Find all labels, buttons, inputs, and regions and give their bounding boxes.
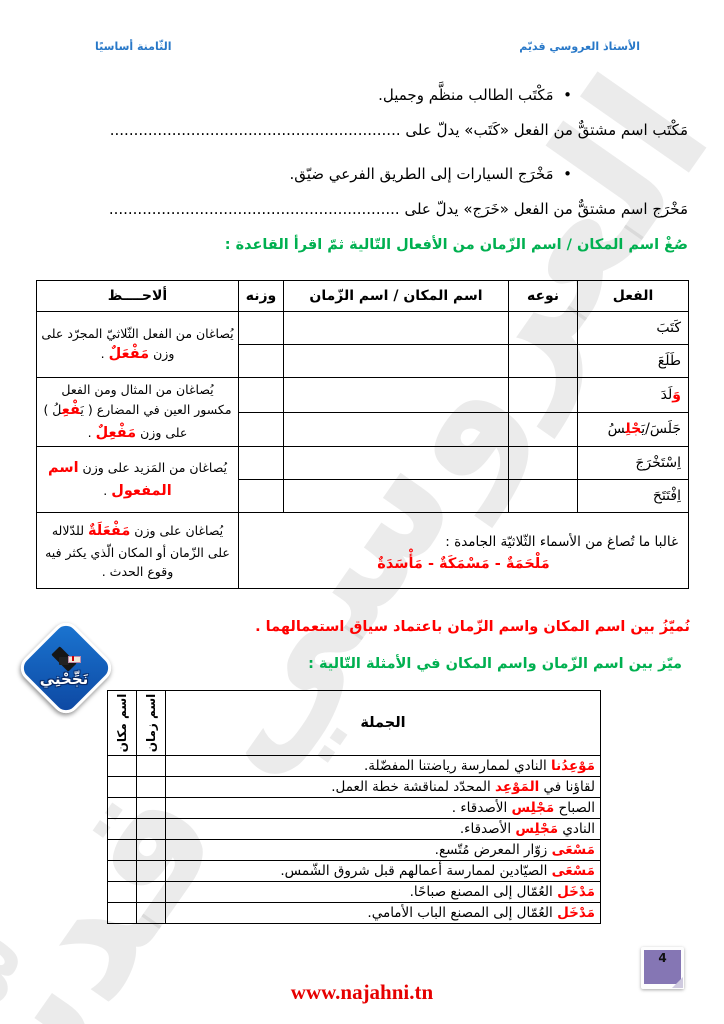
- derivation-line-1: مَكْتَب اسم مشتقٌّ من الفعل «كَتَب» يدلّ…: [110, 121, 688, 139]
- col-header-name: اسم المكان / اسم الزّمان: [284, 281, 509, 312]
- grade-level: الثّامنة أساسيًا: [95, 40, 171, 53]
- wazn-answer-cell: [239, 412, 284, 447]
- name-answer-cell: [284, 345, 509, 378]
- sentence-cell: مَسْعَى الصيّادين لممارسة أعمالهم قبل شر…: [166, 861, 601, 882]
- time-answer-cell: [137, 882, 166, 903]
- verb-cell: اِسْتَخْرَجَ: [578, 447, 689, 480]
- place-answer-cell: [108, 777, 137, 798]
- name-answer-cell: [284, 447, 509, 480]
- sentence-cell: النادي مَجْلِس الأصدقاء.: [166, 819, 601, 840]
- type-answer-cell: [509, 378, 578, 413]
- col-header-note: ألاحــــظ: [37, 281, 239, 312]
- time-answer-cell: [137, 819, 166, 840]
- verb-cell: طَلَعَ: [578, 345, 689, 378]
- type-answer-cell: [509, 412, 578, 447]
- time-answer-cell: [137, 777, 166, 798]
- col-header-place-label: اسم مكان: [115, 694, 129, 753]
- time-answer-cell: [137, 798, 166, 819]
- table2-body: الجملة اسم زمان اسم مكان مَوْعِدُنا النا…: [108, 691, 601, 924]
- highlight-red-text: فْعِ: [62, 402, 81, 418]
- diploma-scroll-icon: [68, 656, 81, 663]
- col-header-time-label: اسم زمان: [144, 694, 158, 753]
- highlight-red-text: مَجْلِس: [512, 800, 555, 816]
- wazn-answer-cell: [239, 480, 284, 513]
- teacher-name: الأستاذ العروسي قديّم: [519, 40, 640, 53]
- sentence-cell: الصباح مَجْلِس الأصدقاء .: [166, 798, 601, 819]
- highlight-red-text: مَفْعِلٌ: [96, 425, 137, 441]
- time-answer-cell: [137, 903, 166, 924]
- instruction-red: نُميّزُ بين اسم المكان واسم الزّمان باعت…: [255, 619, 690, 635]
- wazn-answer-cell: [239, 447, 284, 480]
- plain-text: النادي: [558, 821, 595, 837]
- verb-cell: كَتَبَ: [578, 312, 689, 345]
- instruction-green-2: ميّز بين اسم الزّمان واسم المكان في الأم…: [308, 656, 682, 672]
- wazn-answer-cell: [239, 345, 284, 378]
- rule-note-cell: يُصاغان من المَزيد على وزن اسم المفعول .: [37, 447, 239, 513]
- example-sentence-1-text: مَكْتَب الطالب منظَّم وجميل.: [378, 86, 553, 104]
- table1-verb-row: وَلَدَيُصاغان من المثال ومن الفعل مكسور …: [37, 378, 689, 413]
- type-answer-cell: [509, 447, 578, 480]
- plain-text: .: [88, 425, 96, 440]
- plain-text: سُ: [608, 421, 626, 437]
- col-header-wazn: وزنه: [239, 281, 284, 312]
- table1-verb-row: اِسْتَخْرَجَيُصاغان من المَزيد على وزن ا…: [37, 447, 689, 480]
- plain-text: كَتَبَ: [656, 320, 681, 336]
- answer-dots: ........................................…: [109, 200, 400, 218]
- jamid-rule-text: غالبا ما تُصاغ من الأسماء الثّلاثيّة الج…: [239, 530, 688, 550]
- page-number-badge: 4: [641, 947, 684, 989]
- place-answer-cell: [108, 840, 137, 861]
- table1-body: الفعل نوعه اسم المكان / اسم الزّمان وزنه…: [37, 281, 689, 589]
- plain-text: النادي لممارسة رياضتنا المفضّلة.: [364, 758, 551, 774]
- instruction-green-1: صُغْ اسم المكان / اسم الزّمان من الأفعال…: [225, 237, 688, 253]
- derivation-line-1-text: مَكْتَب اسم مشتقٌّ من الفعل «كَتَب» يدلّ…: [401, 121, 688, 139]
- highlight-red-text: مَفْعَلٌ: [109, 346, 150, 362]
- jamid-examples: مَلْحَمَةٌ - مَسْمَكَةٌ - مَأْسَدَةٌ: [239, 550, 688, 572]
- derivation-line-2: مَخْرَج اسم مشتقٌّ من الفعل «خَرَج» يدلّ…: [109, 200, 688, 218]
- sentence-cell: مَوْعِدُنا النادي لممارسة رياضتنا المفضّ…: [166, 756, 601, 777]
- website-url: www.najahni.tn: [0, 980, 724, 1005]
- page-number: 4: [641, 951, 684, 965]
- table1-header-row: الفعل نوعه اسم المكان / اسم الزّمان وزنه…: [37, 281, 689, 312]
- plain-text: المحدّد لمناقشة خطة العمل.: [331, 779, 495, 795]
- time-answer-cell: [137, 756, 166, 777]
- highlight-red-text: المَوْعِد: [495, 779, 539, 795]
- plain-text: الصيّادين لممارسة أعمالهم قبل شروق الشّم…: [280, 863, 551, 879]
- sentence-cell: مَدْخَل العُمّال إلى المصنع صباحًا.: [166, 882, 601, 903]
- sentence-cell: مَسْعَى زوّار المعرض مُتّسع.: [166, 840, 601, 861]
- rule-note-cell: يُصاغان من الفعل الثّلاثيّ المجرّد على و…: [37, 312, 239, 378]
- najahni-logo: نَجِّحْنِي: [14, 616, 114, 716]
- derivation-line-2-text: مَخْرَج اسم مشتقٌّ من الفعل «خَرَج» يدلّ…: [400, 200, 688, 218]
- jamid-rule-cell: غالبا ما تُصاغ من الأسماء الثّلاثيّة الج…: [239, 513, 689, 589]
- type-answer-cell: [509, 312, 578, 345]
- bullet-icon: •: [563, 86, 572, 104]
- table2-sentence-row: مَدْخَل العُمّال إلى المصنع صباحًا.: [108, 882, 601, 903]
- table2-sentence-row: مَسْعَى الصيّادين لممارسة أعمالهم قبل شر…: [108, 861, 601, 882]
- plain-text: اِفْتَتَحَ: [653, 488, 681, 504]
- col-header-type: نوعه: [509, 281, 578, 312]
- highlight-red-text: مَدْخَل: [557, 905, 595, 921]
- name-answer-cell: [284, 312, 509, 345]
- bullet-icon: •: [563, 165, 572, 183]
- time-answer-cell: [137, 840, 166, 861]
- place-answer-cell: [108, 903, 137, 924]
- highlight-red-text: مَوْعِدُنا: [551, 758, 595, 774]
- place-answer-cell: [108, 798, 137, 819]
- plain-text: .: [101, 346, 109, 361]
- rule-note-cell: يُصاغان من المثال ومن الفعل مكسور العين …: [37, 378, 239, 447]
- plain-text: يُصاغان على وزن: [130, 523, 223, 538]
- type-answer-cell: [509, 480, 578, 513]
- plain-text: جَلَسَ/يَ: [641, 421, 681, 437]
- wazn-answer-cell: [239, 312, 284, 345]
- verb-cell: اِفْتَتَحَ: [578, 480, 689, 513]
- sentence-cell: لقاؤنا في المَوْعِد المحدّد لمناقشة خطة …: [166, 777, 601, 798]
- plain-text: لقاؤنا في: [539, 779, 595, 795]
- table1-verb-row: كَتَبَيُصاغان من الفعل الثّلاثيّ المجرّد…: [37, 312, 689, 345]
- worksheet-page: العروسي قديّم الأستاذ العروسي قديّم الثّ…: [0, 0, 724, 1024]
- example-sentence-2-text: مَخْرَج السيارات إلى الطريق الفرعي ضيّق.: [289, 165, 553, 183]
- highlight-red-text: وَ: [672, 387, 681, 403]
- plain-text: طَلَعَ: [658, 353, 681, 369]
- note-mafala-cell: يُصاغان على وزن مَفْعَلَةٌ للدّلاله على …: [37, 513, 239, 589]
- plain-text: العُمّال إلى المصنع الباب الأمامي.: [367, 905, 557, 921]
- type-answer-cell: [509, 345, 578, 378]
- plain-text: العُمّال إلى المصنع صباحًا.: [410, 884, 557, 900]
- plain-text: اِسْتَخْرَجَ: [635, 455, 681, 471]
- col-header-verb: الفعل: [578, 281, 689, 312]
- answer-dots: ........................................…: [110, 121, 401, 139]
- plain-text: الأصدقاء.: [460, 821, 516, 837]
- logo-text: نَجِّحْنِي: [40, 670, 89, 688]
- name-answer-cell: [284, 412, 509, 447]
- table2-sentence-row: لقاؤنا في المَوْعِد المحدّد لمناقشة خطة …: [108, 777, 601, 798]
- table2-sentence-row: مَوْعِدُنا النادي لممارسة رياضتنا المفضّ…: [108, 756, 601, 777]
- folded-corner-icon: [672, 977, 684, 989]
- plain-text: الصباح: [554, 800, 595, 816]
- plain-text: يُصاغان من المَزيد على وزن: [79, 460, 227, 475]
- plain-text: الأصدقاء .: [452, 800, 512, 816]
- graduation-cap-icon: [46, 647, 82, 669]
- example-sentence-2: • مَخْرَج السيارات إلى الطريق الفرعي ضيّ…: [289, 165, 572, 183]
- place-answer-cell: [108, 861, 137, 882]
- table2-sentence-row: النادي مَجْلِس الأصدقاء.: [108, 819, 601, 840]
- sentence-cell: مَدْخَل العُمّال إلى المصنع الباب الأمام…: [166, 903, 601, 924]
- plain-text: زوّار المعرض مُتّسع.: [435, 842, 552, 858]
- verb-cell: جَلَسَ/يَجْلِسُ: [578, 412, 689, 447]
- name-answer-cell: [284, 480, 509, 513]
- highlight-red-text: جْلِ: [625, 421, 641, 437]
- wazn-answer-cell: [239, 378, 284, 413]
- table2-sentence-row: مَدْخَل العُمّال إلى المصنع الباب الأمام…: [108, 903, 601, 924]
- table2-header-row: الجملة اسم زمان اسم مكان: [108, 691, 601, 756]
- highlight-red-text: مَسْعَى: [552, 863, 595, 879]
- place-answer-cell: [108, 882, 137, 903]
- highlight-red-text: مَدْخَل: [557, 884, 595, 900]
- plain-text: يُصاغان من المثال ومن الفعل مكسور العين …: [61, 382, 231, 417]
- time-answer-cell: [137, 861, 166, 882]
- table2-sentence-row: الصباح مَجْلِس الأصدقاء .: [108, 798, 601, 819]
- highlight-red-text: مَسْعَى: [552, 842, 595, 858]
- col-header-sentence: الجملة: [166, 691, 601, 756]
- highlight-red-text: مَفْعَلَةٌ: [88, 523, 130, 539]
- place-answer-cell: [108, 819, 137, 840]
- highlight-red-text: مَجْلِس: [515, 821, 558, 837]
- example-sentence-1: • مَكْتَب الطالب منظَّم وجميل.: [378, 86, 572, 104]
- conjugation-rule-table: الفعل نوعه اسم المكان / اسم الزّمان وزنه…: [36, 280, 689, 589]
- plain-text: لَدَ: [661, 387, 673, 403]
- table2-sentence-row: مَسْعَى زوّار المعرض مُتّسع.: [108, 840, 601, 861]
- place-answer-cell: [108, 756, 137, 777]
- verb-cell: وَلَدَ: [578, 378, 689, 413]
- col-header-time: اسم زمان: [137, 691, 166, 756]
- name-answer-cell: [284, 378, 509, 413]
- table1-last-row: غالبا ما تُصاغ من الأسماء الثّلاثيّة الج…: [37, 513, 689, 589]
- time-place-exercise-table: الجملة اسم زمان اسم مكان مَوْعِدُنا النا…: [107, 690, 601, 924]
